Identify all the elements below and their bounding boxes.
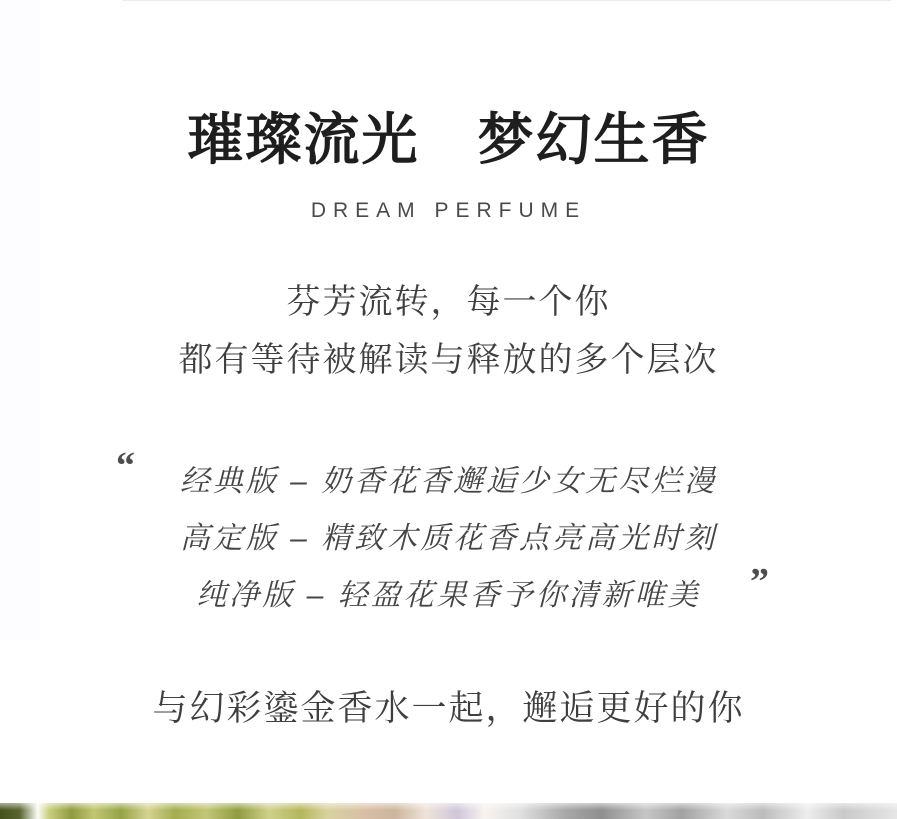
edition-line-couture: 高定版 – 精致木质花香点亮高光时刻 <box>0 510 897 567</box>
close-quote-mark: ” <box>750 563 769 601</box>
intro-line-1: 芬芳流转，每一个你 <box>0 273 897 331</box>
perfume-detail-section: 璀璨流光 梦幻生香 DREAM PERFUME 芬芳流转，每一个你 都有等待被解… <box>0 0 897 819</box>
page-title: 璀璨流光 梦幻生香 <box>0 108 897 174</box>
edition-quote-block: “ 经典版 – 奶香花香邂逅少女无尽烂漫 高定版 – 精致木质花香点亮高光时刻 … <box>0 453 897 624</box>
closing-tagline: 与幻彩鎏金香水一起，邂逅更好的你 <box>0 684 897 734</box>
hero-header: 璀璨流光 梦幻生香 DREAM PERFUME <box>0 0 897 223</box>
page-subtitle: DREAM PERFUME <box>0 198 897 223</box>
open-quote-mark: “ <box>116 447 135 485</box>
intro-copy: 芬芳流转，每一个你 都有等待被解读与释放的多个层次 <box>0 273 897 389</box>
intro-line-2: 都有等待被解读与释放的多个层次 <box>0 331 897 389</box>
bottom-photo-strip <box>0 803 897 819</box>
top-hairline-divider <box>122 0 891 1</box>
